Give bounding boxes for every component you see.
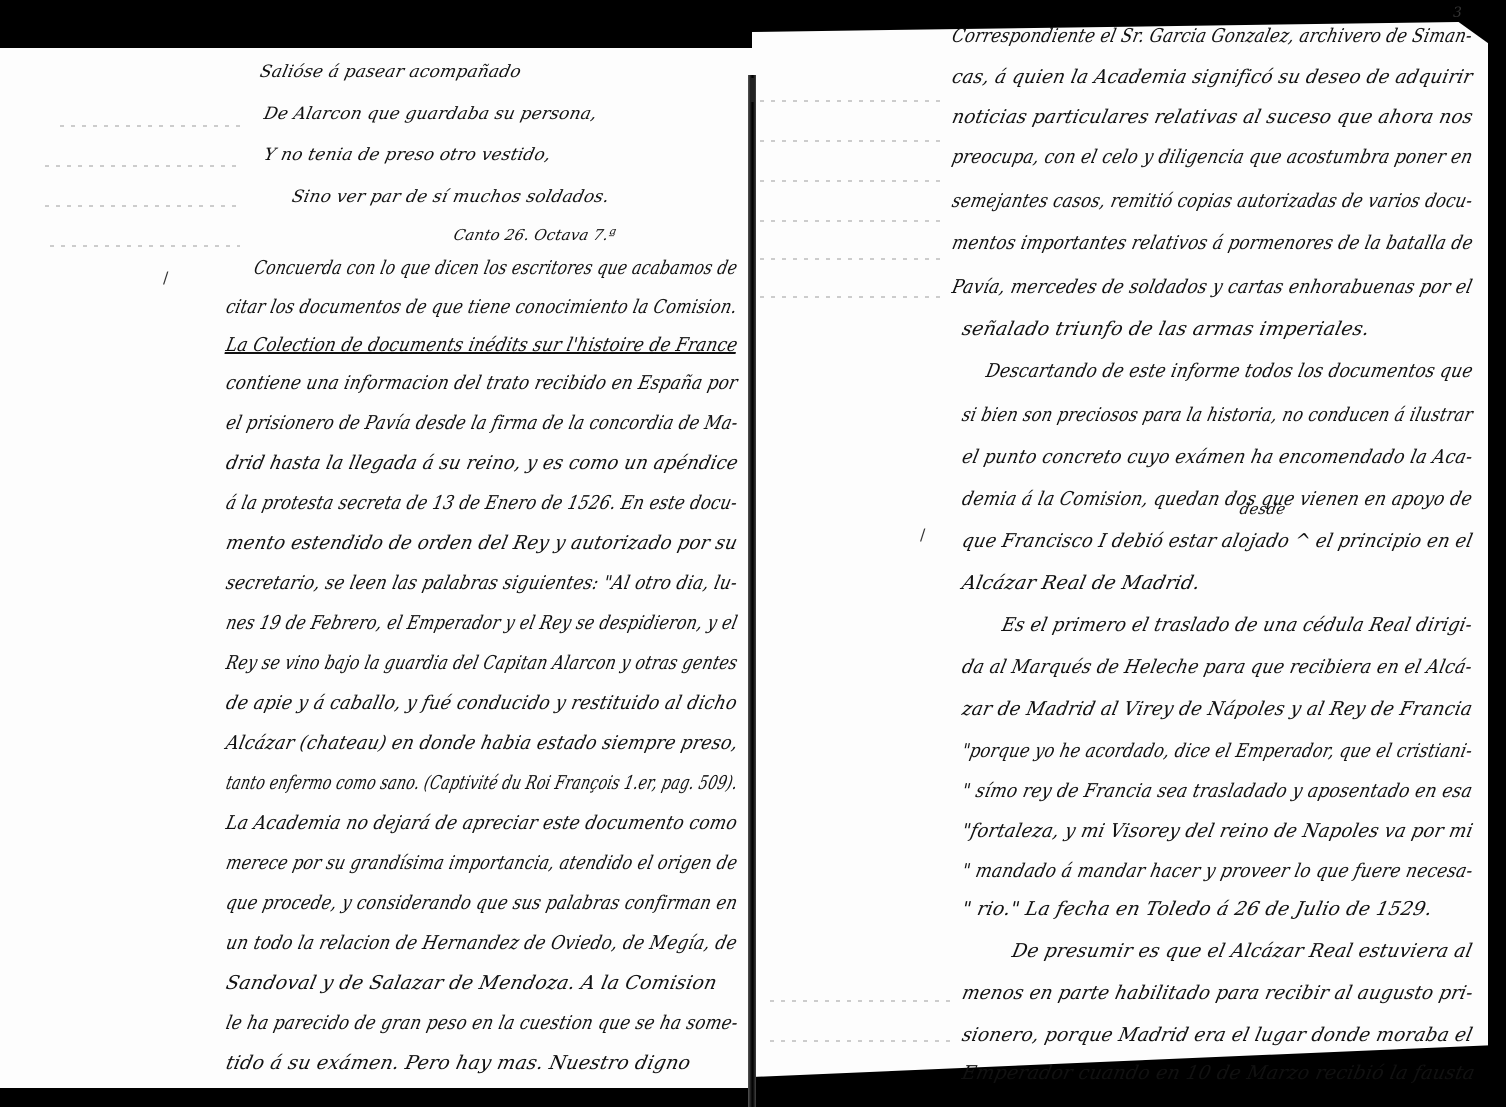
interlinear-insertion: desde <box>1238 500 1287 518</box>
margin-mark: / <box>163 268 168 287</box>
underlined-title-line: La Colection de documents inédits sur l'… <box>224 334 740 356</box>
text-line: tido á su exámen. Pero hay mas. Nuestro … <box>224 1052 693 1074</box>
text-line: nes 19 de Febrero, el Emperador y el Rey… <box>224 612 740 634</box>
text-line: el prisionero de Pavía desde la firma de… <box>224 412 740 434</box>
bleed-through <box>760 140 940 142</box>
text-line: Descartando de este informe todos los do… <box>984 360 1475 382</box>
bleed-through <box>45 205 240 207</box>
text-line: " mandado á mandar hacer y proveer lo qu… <box>960 860 1475 882</box>
text-line: secretario, se leen las palabras siguien… <box>224 572 739 594</box>
text-line: un todo la relacion de Hernandez de Ovie… <box>224 932 739 954</box>
text-line: el punto concreto cuyo exámen ha encomen… <box>960 446 1475 468</box>
text-line: que procede, y considerando que sus pala… <box>224 892 740 914</box>
text-line: Alcázar Real de Madrid. <box>960 572 1202 594</box>
text-line: Emperador cuando en 10 de Marzo recibió … <box>960 1062 1477 1084</box>
book-gutter <box>748 75 756 1107</box>
text-line: semejantes casos, remitió copias autoriz… <box>950 190 1475 212</box>
text-line: si bien son preciosos para la historia, … <box>960 404 1475 426</box>
text-line: "porque yo he acordado, dice el Emperado… <box>960 740 1474 762</box>
text-line: contiene una informacion del trato recib… <box>224 372 740 394</box>
text-line: sionero, porque Madrid era el lugar dond… <box>960 1024 1475 1046</box>
text-line: tanto enfermo como sano. (Captivité du R… <box>224 772 740 794</box>
bleed-through <box>760 180 940 182</box>
bleed-through <box>760 258 940 260</box>
poem-line: Sino ver par de sí muchos soldados. <box>290 187 611 207</box>
text-line: mentos importantes relativos á pormenore… <box>950 232 1475 254</box>
text-line: Sandoval y de Salazar de Mendoza. A la C… <box>224 972 719 994</box>
text-line: merece por su grandísima importancia, at… <box>224 852 739 874</box>
gutter-mark <box>750 78 754 102</box>
text-line: Alcázar (chateau) en donde habia estado … <box>224 732 740 754</box>
margin-mark: / <box>920 525 925 544</box>
text-line: La Academia no dejará de apreciar este d… <box>224 812 739 834</box>
text-line: zar de Madrid al Virey de Nápoles y al R… <box>960 698 1475 720</box>
text-line: mento estendido de orden del Rey y autor… <box>224 532 740 554</box>
text-line: menos en parte habilitado para recibir a… <box>960 982 1475 1004</box>
bleed-through <box>760 296 940 298</box>
bleed-through <box>60 125 240 127</box>
bleed-through <box>50 245 240 247</box>
text-line: Rey se vino bajo la guardia del Capitan … <box>224 652 740 674</box>
text-line: " símo rey de Francia sea trasladado y a… <box>960 780 1475 802</box>
text-line: noticias particulares relativas al suces… <box>950 106 1475 128</box>
poem-line: Y no tenia de preso otro vestido, <box>262 145 553 165</box>
text-line: señalado triunfo de las armas imperiales… <box>960 318 1372 340</box>
poem-line: De Alarcon que guardaba su persona, <box>262 104 599 124</box>
poem-line: Salióse á pasear acompañado <box>258 62 523 82</box>
bleed-through <box>760 220 940 222</box>
text-line: citar los documentos de que tiene conoci… <box>224 296 739 318</box>
text-line: Concuerda con lo que dicen los escritore… <box>252 257 739 279</box>
text-line: que Francisco I debió estar alojado ^ el… <box>960 530 1475 552</box>
text-line: le ha parecido de gran peso en la cuesti… <box>224 1012 740 1034</box>
page-number: 3 <box>1453 5 1462 21</box>
text-line: demia á la Comision, quedan dos que vien… <box>960 488 1474 510</box>
poem-citation: Canto 26. Octava 7.ª <box>452 226 618 244</box>
text-line: cas, á quien la Academia significó su de… <box>950 66 1475 88</box>
text-line: "fortaleza, y mi Visorey del reino de Na… <box>960 820 1475 842</box>
text-line: preocupa, con el celo y diligencia que a… <box>950 146 1475 168</box>
text-line: De presumir es que el Alcázar Real estuv… <box>1010 940 1474 962</box>
text-line: de apie y á caballo, y fué conducido y r… <box>224 692 739 714</box>
bleed-through <box>760 100 940 102</box>
scanned-manuscript: 3 / / Salióse á pasear acompañado De Ala… <box>0 0 1506 1107</box>
text-line: drid hasta la llegada á su reino, y es c… <box>224 452 740 474</box>
text-line: Es el primero el traslado de una cédula … <box>1000 614 1474 636</box>
text-line: Correspondiente el Sr. Garcia Gonzalez, … <box>950 25 1474 47</box>
bleed-through <box>770 1000 950 1002</box>
text-line: Pavía, mercedes de soldados y cartas enh… <box>950 276 1474 298</box>
text-line: á la protesta secreta de 13 de Enero de … <box>224 492 739 514</box>
text-line: " rio." La fecha en Toledo á 26 de Julio… <box>960 898 1434 920</box>
bleed-through <box>770 1040 950 1042</box>
bleed-through <box>45 165 240 167</box>
text-line: da al Marqués de Heleche para que recibi… <box>960 656 1474 678</box>
